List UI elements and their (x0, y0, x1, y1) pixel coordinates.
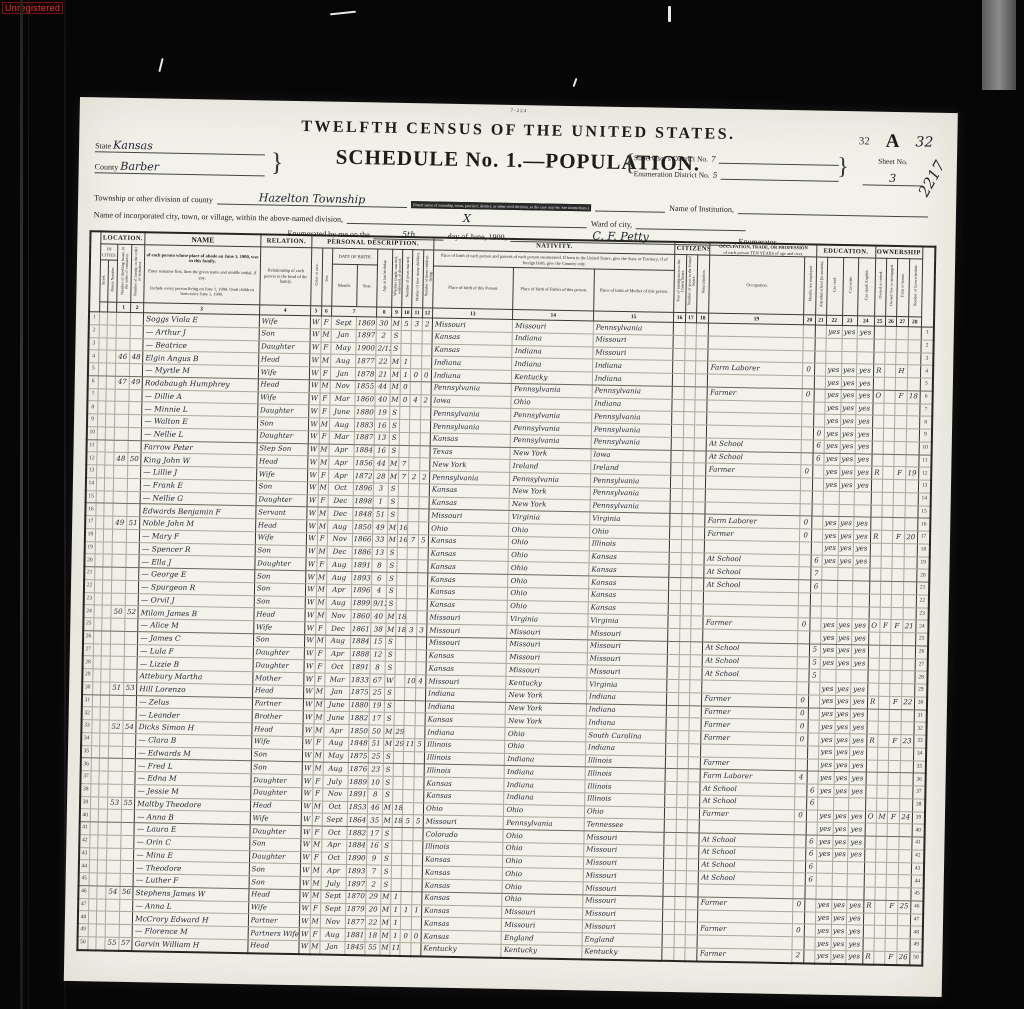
cell (94, 580, 102, 593)
cell (691, 591, 704, 604)
cell: M (387, 521, 398, 534)
cell (399, 432, 410, 445)
cell (870, 505, 882, 518)
cell (867, 683, 879, 696)
cell: F (886, 900, 898, 913)
cell (837, 581, 853, 594)
cell (685, 323, 697, 336)
line-number: 3 (921, 353, 934, 366)
cell: S (385, 649, 396, 662)
cell (670, 514, 682, 527)
line-number: 45 (911, 888, 924, 901)
district-block: { } Supervisor's District No. 7 Enumerat… (633, 150, 839, 189)
cell (792, 937, 804, 950)
cell: Sept (321, 890, 346, 903)
cell (796, 758, 808, 771)
col-num: 18 (697, 313, 710, 323)
cell (822, 580, 838, 593)
cell (676, 807, 688, 820)
cell (810, 618, 822, 631)
cell: 54 (123, 721, 137, 734)
cell: yes (815, 937, 831, 950)
can-write-header: Can write. (842, 258, 859, 316)
cell (126, 542, 140, 555)
cell (671, 450, 683, 463)
col-num: 17 (685, 313, 697, 323)
census-sheet: 7-224 TWELFTH CENSUS OF THE UNITED STATE… (64, 97, 958, 997)
film-scratch (158, 58, 163, 72)
cell: 6 (813, 453, 825, 466)
cell: 35 (367, 814, 382, 827)
cell: S (384, 700, 395, 713)
cell (98, 822, 108, 835)
cell: Mar (325, 673, 350, 686)
cell: yes (848, 810, 865, 823)
cell: Wife (250, 812, 302, 826)
cell: 0 (797, 695, 809, 708)
line-number: 12 (86, 452, 97, 465)
col-num: 22 (827, 315, 843, 325)
enumerator-suffix: , Enumerator. (734, 237, 777, 247)
cell: W (302, 800, 313, 813)
cell (688, 782, 701, 795)
cell: yes (819, 733, 835, 746)
cell: Nov (327, 533, 352, 546)
cell: R (873, 365, 885, 378)
cell: 48 (114, 453, 128, 466)
film-streak (20, 0, 23, 1009)
cell (104, 478, 114, 491)
cell (804, 325, 816, 338)
cell: 1893 (351, 572, 372, 585)
cell (807, 771, 819, 784)
cell (415, 713, 426, 726)
cell (95, 542, 103, 555)
line-number: 47 (910, 914, 923, 927)
cell (899, 799, 913, 812)
cell (808, 720, 820, 733)
cell: yes (849, 747, 866, 760)
cell (692, 565, 705, 578)
cell (803, 351, 815, 364)
children-living-header: Number of these children living. (422, 250, 433, 308)
cell (797, 656, 809, 669)
cell (124, 631, 138, 644)
cell (905, 493, 919, 506)
cell (106, 414, 116, 427)
cell (857, 352, 874, 365)
cell: 1896 (353, 483, 374, 496)
cell (838, 504, 854, 517)
cell (814, 351, 826, 364)
cell (902, 633, 916, 646)
cell (884, 403, 896, 416)
cell (669, 552, 681, 565)
cell (398, 483, 409, 496)
cell: Aug (327, 559, 352, 572)
cell: W (310, 341, 321, 354)
line-number: 41 (79, 822, 90, 835)
cell (90, 809, 98, 822)
cell: F (890, 696, 902, 709)
cell (878, 734, 890, 747)
cell (677, 756, 689, 769)
cell: S (386, 598, 397, 611)
cell (391, 866, 402, 879)
cell: Daughter (256, 494, 308, 508)
cell (885, 352, 897, 365)
cell (864, 862, 876, 875)
cell (865, 823, 877, 836)
cell: F (321, 316, 332, 329)
cell (813, 414, 825, 427)
line-number: 44 (911, 875, 924, 888)
cell (905, 480, 919, 493)
line-number: 47 (78, 898, 89, 911)
col-num: 5 (311, 306, 321, 316)
cell (403, 764, 414, 777)
cell: W (308, 431, 319, 444)
cell: yes (823, 529, 839, 542)
cell (662, 935, 674, 948)
line-number: 40 (80, 809, 91, 822)
cell: Farmer (697, 948, 792, 963)
line-number: 46 (911, 901, 924, 914)
line-number: 46 (78, 886, 89, 899)
cell: Head (255, 519, 307, 533)
cell (97, 860, 107, 873)
cell (123, 695, 137, 708)
cell (108, 771, 122, 784)
cell (692, 578, 705, 591)
cell (682, 489, 694, 502)
cell (872, 441, 884, 454)
cell (391, 853, 402, 866)
cell (103, 554, 113, 567)
cell: yes (816, 912, 832, 925)
cell (112, 542, 126, 555)
cell: Wife (253, 621, 305, 635)
cell: 0 (793, 899, 805, 912)
cell (670, 539, 682, 552)
cell: yes (817, 823, 833, 836)
cell (98, 809, 108, 822)
cell: Daughter (257, 404, 309, 418)
cell (798, 644, 810, 657)
cell (907, 352, 921, 365)
cell: Daughter (255, 557, 307, 571)
cell (100, 695, 110, 708)
cell: M (321, 329, 332, 342)
cell (826, 351, 842, 364)
cell (906, 403, 920, 416)
cell (696, 323, 709, 336)
cell (898, 862, 912, 875)
cell (401, 917, 412, 930)
line-number: 36 (81, 758, 92, 771)
cell (694, 463, 707, 476)
cell (901, 684, 915, 697)
cell: Kentucky (582, 946, 663, 961)
cell: yes (819, 721, 835, 734)
cell: yes (833, 810, 849, 823)
cell (120, 874, 134, 887)
cell (875, 862, 887, 875)
cell (682, 463, 694, 476)
cell (404, 726, 415, 739)
cell (395, 687, 406, 700)
cell: S (384, 687, 395, 700)
cell: 1 (373, 496, 388, 509)
cell (690, 693, 703, 706)
line-number: 16 (918, 518, 931, 531)
col-num: 21 (815, 315, 827, 325)
cell: yes (831, 912, 847, 925)
cell (672, 425, 684, 438)
cell (894, 441, 906, 454)
cell (799, 593, 811, 606)
cell: 20 (366, 904, 381, 917)
cell (93, 656, 101, 669)
cell: yes (853, 555, 870, 568)
cell (107, 835, 121, 848)
cell (896, 327, 908, 340)
cell: yes (826, 364, 842, 377)
cell (878, 709, 890, 722)
col-num: 16 (674, 313, 686, 323)
cell (696, 349, 709, 362)
cell (684, 399, 696, 412)
cell (907, 378, 921, 391)
cell (679, 667, 691, 680)
cell (101, 669, 111, 682)
enumerated-mid: day of June, 1900, (448, 232, 507, 242)
cell (401, 892, 412, 905)
cell (407, 573, 418, 586)
cell (672, 386, 684, 399)
cell: 0 (797, 707, 809, 720)
cell: yes (822, 555, 838, 568)
cell: Aug (327, 571, 352, 584)
cell: 38 (371, 623, 386, 636)
cell (888, 786, 900, 799)
cell: yes (816, 899, 832, 912)
cell (823, 491, 839, 504)
cell: W (305, 635, 316, 648)
cell (90, 784, 98, 797)
line-number: 38 (80, 784, 91, 797)
cell (898, 850, 912, 863)
film-scratch (330, 11, 356, 16)
line-number: 15 (86, 490, 97, 503)
cell: Kentucky (501, 944, 582, 959)
cell (96, 911, 106, 924)
cell (411, 917, 422, 930)
col-num: 24 (857, 316, 874, 326)
cell: yes (823, 478, 839, 491)
cell: 1896 (351, 585, 372, 598)
cell (127, 466, 141, 479)
cell: 55 (105, 937, 119, 950)
cell (688, 756, 701, 769)
line-number: 16 (85, 503, 96, 516)
cell: S (391, 343, 402, 356)
cell (803, 950, 815, 963)
cell (94, 618, 102, 631)
cell: Son (254, 570, 306, 584)
cell: Servant (255, 506, 307, 520)
cell (93, 644, 101, 657)
cell (689, 718, 702, 731)
line-number: 34 (913, 748, 926, 761)
cell (417, 586, 428, 599)
cell (900, 722, 914, 735)
cell (108, 810, 122, 823)
cell: 19 (370, 700, 385, 713)
cell (674, 323, 686, 336)
cell: 1872 (353, 470, 374, 483)
cell (808, 682, 820, 695)
cell (877, 785, 889, 798)
cell (666, 743, 678, 756)
cell: W (302, 788, 313, 801)
cell (671, 488, 683, 501)
cell (128, 415, 142, 428)
cell (393, 777, 404, 790)
cell (676, 820, 688, 833)
line-number: 8 (87, 401, 98, 414)
cell: yes (835, 708, 851, 721)
cell (874, 926, 886, 939)
cell (684, 374, 696, 387)
cell: 1861 (350, 623, 371, 636)
cell (887, 837, 899, 850)
cell (401, 879, 412, 892)
cell (812, 465, 824, 478)
cell: M (319, 418, 330, 431)
cell: M (380, 917, 391, 930)
cell: M (319, 444, 330, 457)
cell: Mother (252, 672, 304, 686)
cell: F (315, 648, 326, 661)
cell (880, 594, 892, 607)
cell (891, 645, 903, 658)
cell: Apr (325, 648, 350, 661)
cell: W (304, 673, 315, 686)
rule-line (719, 155, 839, 166)
cell (397, 547, 408, 560)
cell: S (385, 636, 396, 649)
cell: S (383, 776, 394, 789)
cell: Son (254, 583, 306, 597)
cell (667, 680, 679, 693)
cell (695, 412, 708, 425)
cell (872, 403, 884, 416)
cell (677, 744, 689, 757)
sheet-value: 3 (863, 171, 923, 186)
cell (873, 339, 885, 352)
cell: Apr (328, 469, 353, 482)
cell: W (306, 571, 317, 584)
dwelling-number-header: Number of dwelling house, in the order o… (117, 244, 131, 302)
cell (109, 746, 123, 759)
cell: 0 (800, 529, 812, 542)
cell (396, 598, 407, 611)
cell: 53 (123, 682, 137, 695)
cell (864, 836, 876, 849)
cell (109, 708, 123, 721)
cell: 19 (375, 406, 390, 419)
cell (806, 810, 818, 823)
cell (878, 722, 890, 735)
cell: 1833 (349, 674, 370, 687)
cell (422, 331, 433, 344)
cell (800, 504, 812, 517)
line-number: 15 (918, 506, 931, 519)
cell: 0 (411, 930, 422, 943)
line-number: 37 (80, 771, 91, 784)
cell (397, 573, 408, 586)
cell: yes (849, 759, 866, 772)
cell (672, 437, 684, 450)
cell: 2 (792, 950, 804, 963)
cell (892, 556, 904, 569)
cell: yes (831, 925, 847, 938)
cell: yes (840, 428, 856, 441)
cell (888, 760, 900, 773)
cell (410, 382, 421, 395)
cell: M (311, 877, 322, 890)
cell (883, 429, 895, 442)
cell: 0 (400, 381, 411, 394)
cell (852, 606, 869, 619)
cell (405, 688, 416, 701)
cell: M (320, 380, 331, 393)
cell (680, 616, 692, 629)
marital-status-header: Whether single, married, widowed, or div… (391, 249, 402, 307)
cell (685, 336, 697, 349)
cell (892, 569, 904, 582)
col-num: 6 (321, 306, 331, 316)
cell (889, 709, 901, 722)
enumerated-prefix: Enumerated by me on the (287, 229, 369, 240)
cell: M (311, 864, 322, 877)
cell (882, 518, 894, 531)
page-letter: A (886, 131, 900, 153)
line-number: 9 (919, 429, 932, 442)
cell (92, 720, 100, 733)
line-number: 22 (916, 595, 929, 608)
cell (112, 555, 126, 568)
cell (130, 338, 144, 351)
cell (877, 760, 889, 773)
cell (903, 582, 917, 595)
cell (407, 547, 418, 560)
cell: 1891 (350, 661, 371, 674)
cell (100, 720, 110, 733)
cell: W (305, 596, 316, 609)
cell: O (873, 390, 885, 403)
cell (691, 604, 704, 617)
cell (410, 420, 421, 433)
line-number: 4 (920, 365, 933, 378)
line-number: 7 (87, 388, 98, 401)
cell (407, 586, 418, 599)
cell: Oct (322, 801, 347, 814)
cell (409, 458, 420, 471)
cell: O (868, 620, 880, 633)
cell: 1875 (348, 750, 369, 763)
